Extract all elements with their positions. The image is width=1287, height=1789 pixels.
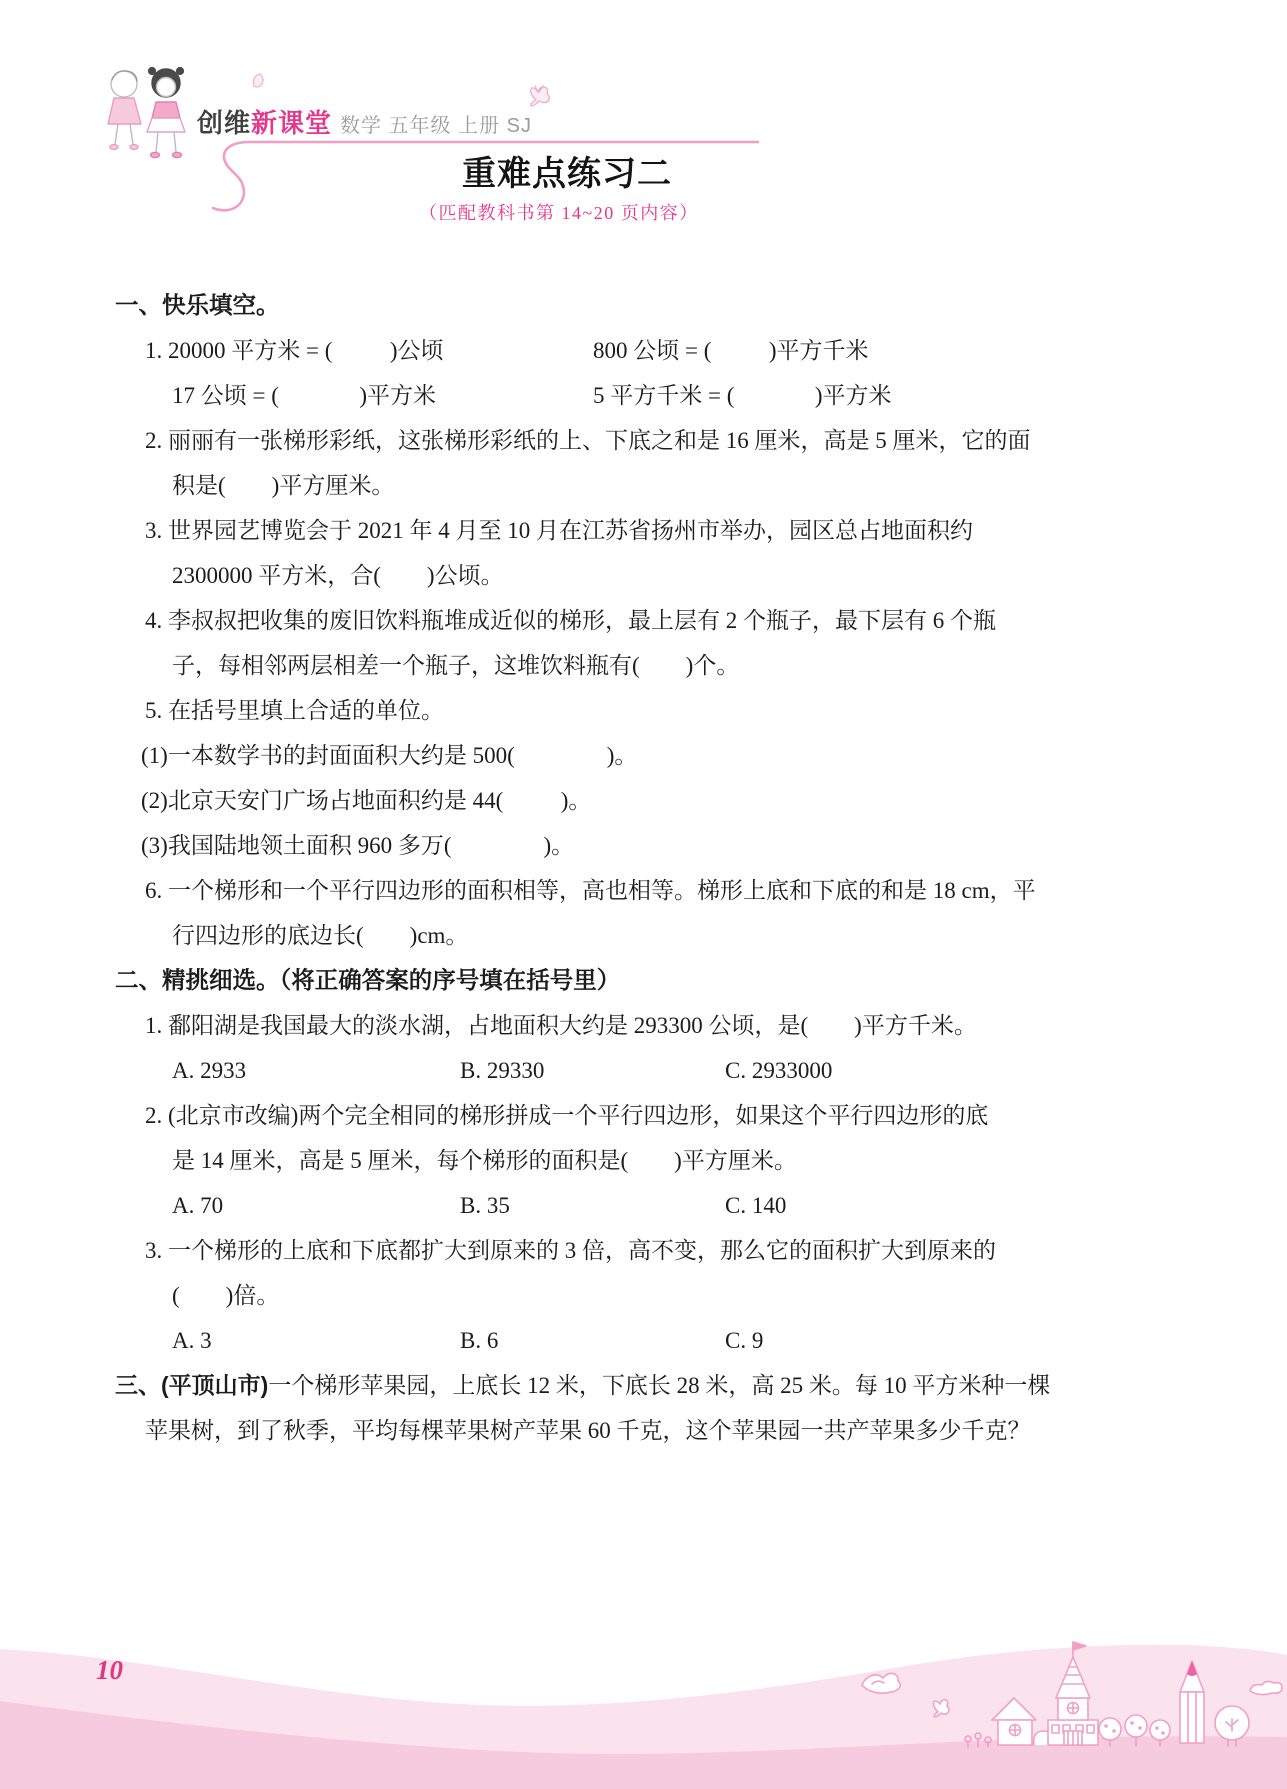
section3-line2: 苹果树，到了秋季，平均每棵苹果树产苹果 60 千克，这个苹果园一共产苹果多少千克… — [115, 1408, 1172, 1453]
section1-heading: 一、快乐填空。 — [115, 283, 1172, 328]
page-subtitle: （匹配教科书第 14~20 页内容） — [419, 199, 699, 225]
s2-q1-option-b: B. 29330 — [460, 1048, 544, 1093]
s1-q1-row2: 17 公顷 = ( )平方米5 平方千米 = ( )平方米 — [115, 373, 1172, 418]
brand-pink-text: 新课堂 — [251, 108, 332, 138]
s2-q2-line2: 是 14 厘米，高是 5 厘米，每个梯形的面积是( )平方厘米。 — [115, 1138, 1172, 1183]
s1-q4-line2: 子，每相邻两层相差一个瓶子，这堆饮料瓶有( )个。 — [115, 643, 1172, 688]
section2-heading: 二、精挑细选。（将正确答案的序号填在括号里） — [115, 958, 1172, 1003]
footer-decoration — [0, 1579, 1287, 1789]
s2-q2-option-c: C. 140 — [725, 1183, 786, 1228]
petal-icon — [248, 70, 270, 92]
s2-q3-line1: 3. 一个梯形的上底和下底都扩大到原来的 3 倍，高不变，那么它的面积扩大到原来… — [115, 1228, 1172, 1273]
s2-q3-option-c: C. 9 — [725, 1318, 763, 1363]
exercise-body: 一、快乐填空。 1. 20000 平方米 = ( )公顷800 公顷 = ( )… — [115, 283, 1172, 1453]
workbook-page: 创维新课堂 数学 五年级 上册 SJ 重难点练习二 （匹配教科书第 14~20 … — [0, 0, 1287, 1789]
s1-q5-sub3: (3)我国陆地领土面积 960 多万( )。 — [115, 823, 1172, 868]
s2-q2-line1: 2. (北京市改编)两个完全相同的梯形拼成一个平行四边形，如果这个平行四边形的底 — [115, 1093, 1172, 1138]
s2-q2-option-b: B. 35 — [460, 1183, 510, 1228]
s1-q1-r1-left: 1. 20000 平方米 = ( )公顷 — [145, 338, 444, 363]
s1-q2-line2: 积是( )平方厘米。 — [115, 463, 1172, 508]
s1-q2-line1: 2. 丽丽有一张梯形彩纸，这张梯形彩纸的上、下底之和是 16 厘米，高是 5 厘… — [115, 418, 1172, 463]
butterfly-icon — [520, 82, 556, 116]
s2-q2-option-a: A. 70 — [115, 1193, 223, 1218]
s2-q3-line2: ( )倍。 — [115, 1273, 1172, 1318]
s2-q3-option-b: B. 6 — [460, 1318, 498, 1363]
page-number: 10 — [96, 1655, 123, 1686]
two-girls-illustration — [96, 56, 206, 180]
s2-q1-options: A. 2933B. 29330C. 2933000 — [115, 1048, 1172, 1093]
s2-q1-option-a: A. 2933 — [115, 1058, 246, 1083]
s2-q3-option-a: A. 3 — [115, 1328, 212, 1353]
s2-q3-options: A. 3B. 6C. 9 — [115, 1318, 1172, 1363]
s1-q5-sub1: (1)一本数学书的封面面积大约是 500( )。 — [115, 733, 1172, 778]
s2-q1-option-c: C. 2933000 — [725, 1048, 832, 1093]
section3-line1: 三、(平顶山市)一个梯形苹果园，上底长 12 米，下底长 28 米，高 25 米… — [115, 1363, 1172, 1408]
page-title: 重难点练习二 — [462, 146, 672, 195]
section3-heading: 三、(平顶山市) — [115, 1372, 268, 1398]
s1-q1-r1-right: 800 公顷 = ( )平方千米 — [593, 328, 869, 373]
s1-q5-sub2: (2)北京天安门广场占地面积约是 44( )。 — [115, 778, 1172, 823]
s2-q2-options: A. 70B. 35C. 140 — [115, 1183, 1172, 1228]
s1-q5-line1: 5. 在括号里填上合适的单位。 — [115, 688, 1172, 733]
s1-q1-r2-right: 5 平方千米 = ( )平方米 — [593, 373, 892, 418]
s1-q3-line2: 2300000 平方米，合( )公顷。 — [115, 553, 1172, 598]
brand-logo-text: 创维新课堂 — [197, 103, 332, 140]
series-subject-label: 数学 五年级 上册 SJ — [340, 109, 532, 138]
s1-q3-line1: 3. 世界园艺博览会于 2021 年 4 月至 10 月在江苏省扬州市举办，园区… — [115, 508, 1172, 553]
s1-q6-line1: 6. 一个梯形和一个平行四边形的面积相等，高也相等。梯形上底和下底的和是 18 … — [115, 868, 1172, 913]
brand-dark-text: 创维 — [197, 108, 251, 138]
s1-q1-row1: 1. 20000 平方米 = ( )公顷800 公顷 = ( )平方千米 — [115, 328, 1172, 373]
s1-q4-line1: 4. 李叔叔把收集的废旧饮料瓶堆成近似的梯形，最上层有 2 个瓶子，最下层有 6… — [115, 598, 1172, 643]
section3-line1-text: 一个梯形苹果园，上底长 12 米，下底长 28 米，高 25 米。每 10 平方… — [268, 1373, 1050, 1398]
s1-q6-line2: 行四边形的底边长( )cm。 — [115, 913, 1172, 958]
s2-q1-line1: 1. 鄱阳湖是我国最大的淡水湖，占地面积大约是 293300 公顷，是( )平方… — [115, 1003, 1172, 1048]
s1-q1-r2-left: 17 公顷 = ( )平方米 — [172, 383, 436, 408]
